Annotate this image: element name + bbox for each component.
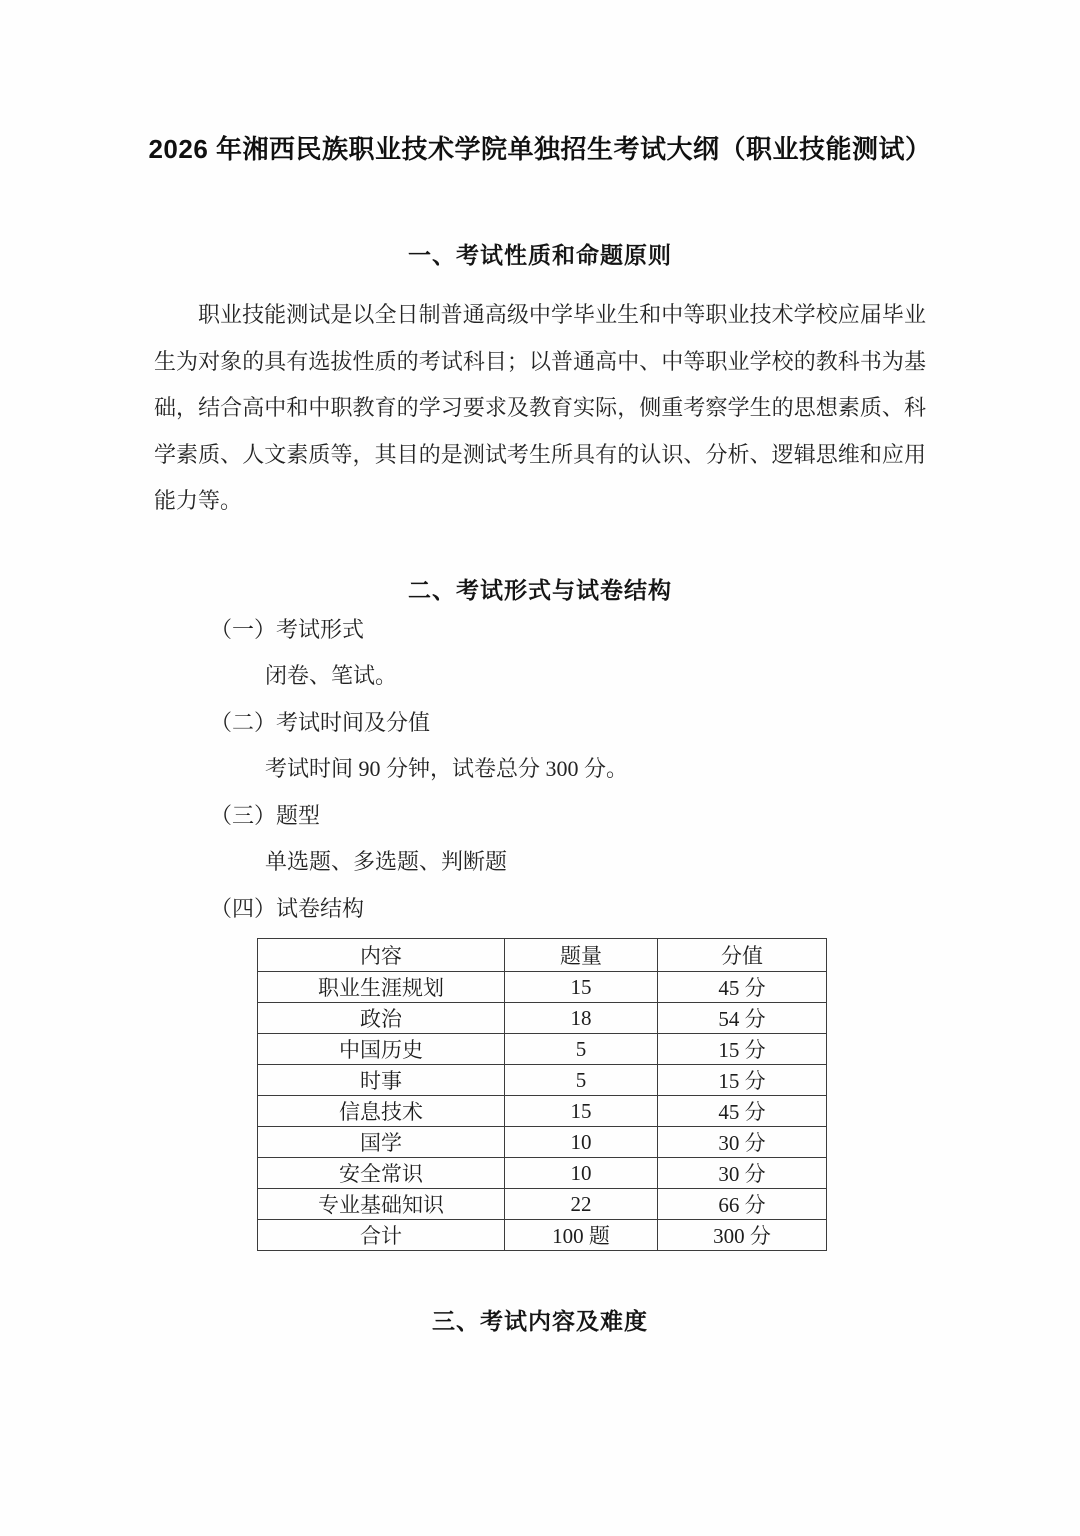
list-item-number: （一） — [210, 607, 276, 654]
paper-structure-table: 内容 题量 分值 职业生涯规划1545 分政治1854 分中国历史515 分时事… — [257, 938, 827, 1251]
table-row: 政治1854 分 — [258, 1003, 827, 1034]
list-item-title: 考试时间及分值 — [276, 700, 430, 747]
table-cell: 10 — [505, 1127, 658, 1158]
paper-structure-table-body: 职业生涯规划1545 分政治1854 分中国历史515 分时事515 分信息技术… — [258, 972, 827, 1251]
table-cell: 54 分 — [658, 1003, 827, 1034]
table-header-content: 内容 — [258, 939, 505, 972]
table-cell: 300 分 — [658, 1220, 827, 1251]
list-item-title: 试卷结构 — [276, 886, 364, 933]
table-cell: 22 — [505, 1189, 658, 1220]
table-cell: 15 分 — [658, 1034, 827, 1065]
table-cell: 信息技术 — [258, 1096, 505, 1127]
table-cell: 时事 — [258, 1065, 505, 1096]
list-item-number: （二） — [210, 700, 276, 747]
table-cell: 66 分 — [658, 1189, 827, 1220]
section-1-heading: 一、考试性质和命题原则 — [0, 242, 1080, 268]
list-item-number: （三） — [210, 793, 276, 840]
list-item-exam-form-detail: 闭卷、笔试。 — [154, 653, 926, 700]
list-item-question-types: （三）题型 — [154, 793, 926, 840]
section-2-heading: 二、考试形式与试卷结构 — [0, 577, 1080, 603]
table-cell: 30 分 — [658, 1127, 827, 1158]
table-row: 时事515 分 — [258, 1065, 827, 1096]
table-cell: 中国历史 — [258, 1034, 505, 1065]
table-row: 合计100 题300 分 — [258, 1220, 827, 1251]
table-cell: 100 题 — [505, 1220, 658, 1251]
list-item-number: （四） — [210, 886, 276, 933]
table-cell: 安全常识 — [258, 1158, 505, 1189]
table-header-score: 分值 — [658, 939, 827, 972]
table-cell: 45 分 — [658, 1096, 827, 1127]
table-row: 国学1030 分 — [258, 1127, 827, 1158]
section-3-heading: 三、考试内容及难度 — [0, 1308, 1080, 1334]
table-row: 安全常识1030 分 — [258, 1158, 827, 1189]
section-2-list: （一）考试形式 闭卷、笔试。 （二）考试时间及分值 考试时间 90 分钟，试卷总… — [154, 607, 926, 933]
table-cell: 政治 — [258, 1003, 505, 1034]
table-row: 专业基础知识2266 分 — [258, 1189, 827, 1220]
table-cell: 5 — [505, 1034, 658, 1065]
list-item-exam-time-score-detail: 考试时间 90 分钟，试卷总分 300 分。 — [154, 746, 926, 793]
list-item-exam-form: （一）考试形式 — [154, 607, 926, 654]
table-cell: 合计 — [258, 1220, 505, 1251]
table-cell: 15 — [505, 972, 658, 1003]
table-cell: 职业生涯规划 — [258, 972, 505, 1003]
section-1-paragraph: 职业技能测试是以全日制普通高级中学毕业生和中等职业技术学校应届毕业生为对象的具有… — [154, 292, 926, 525]
table-row: 职业生涯规划1545 分 — [258, 972, 827, 1003]
document-title: 2026 年湘西民族职业技术学院单独招生考试大纲（职业技能测试） — [0, 0, 1080, 165]
document-page: 2026 年湘西民族职业技术学院单独招生考试大纲（职业技能测试） 一、考试性质和… — [0, 0, 1080, 1536]
table-cell: 5 — [505, 1065, 658, 1096]
paper-structure-table-head: 内容 题量 分值 — [258, 939, 827, 972]
table-cell: 45 分 — [658, 972, 827, 1003]
list-item-title: 题型 — [276, 793, 320, 840]
table-cell: 国学 — [258, 1127, 505, 1158]
list-item-title: 考试形式 — [276, 607, 364, 654]
table-header-row: 内容 题量 分值 — [258, 939, 827, 972]
table-row: 信息技术1545 分 — [258, 1096, 827, 1127]
list-item-exam-time-score: （二）考试时间及分值 — [154, 700, 926, 747]
table-cell: 15 分 — [658, 1065, 827, 1096]
list-item-question-types-detail: 单选题、多选题、判断题 — [154, 839, 926, 886]
list-item-paper-structure: （四）试卷结构 — [154, 886, 926, 933]
table-cell: 18 — [505, 1003, 658, 1034]
table-cell: 10 — [505, 1158, 658, 1189]
table-cell: 15 — [505, 1096, 658, 1127]
table-header-question-count: 题量 — [505, 939, 658, 972]
table-cell: 30 分 — [658, 1158, 827, 1189]
table-row: 中国历史515 分 — [258, 1034, 827, 1065]
table-cell: 专业基础知识 — [258, 1189, 505, 1220]
